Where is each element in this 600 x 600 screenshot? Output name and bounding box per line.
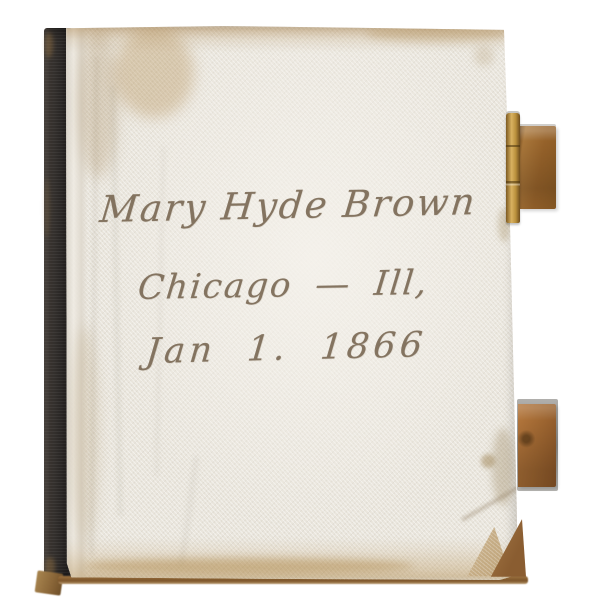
inscription-city: Chicago — Ill, (136, 263, 431, 308)
top-clasp-hinge (506, 113, 520, 223)
stain-right-faint (474, 46, 494, 66)
bottom-clasp-plate (518, 404, 556, 487)
stain-top-left (78, 28, 118, 178)
flyleaf-page: Mary Hyde Brown Chicago — Ill, Jan 1. 18… (66, 26, 518, 580)
stain-top-blob (114, 28, 194, 118)
stain-left-lower (70, 326, 100, 546)
inscription-date: Jan 1. 1866 (144, 325, 428, 372)
book-photograph: Mary Hyde Brown Chicago — Ill, Jan 1. 18… (0, 0, 600, 600)
stain-right-spot (481, 454, 495, 468)
stain-top-right (366, 26, 506, 42)
top-clasp-plate (519, 126, 556, 209)
spine-wear-mark (44, 178, 50, 238)
spine-wear-mark (45, 32, 53, 58)
inscription-name: Mary Hyde Brown (98, 180, 479, 231)
stain-bottom-streak (84, 558, 414, 574)
